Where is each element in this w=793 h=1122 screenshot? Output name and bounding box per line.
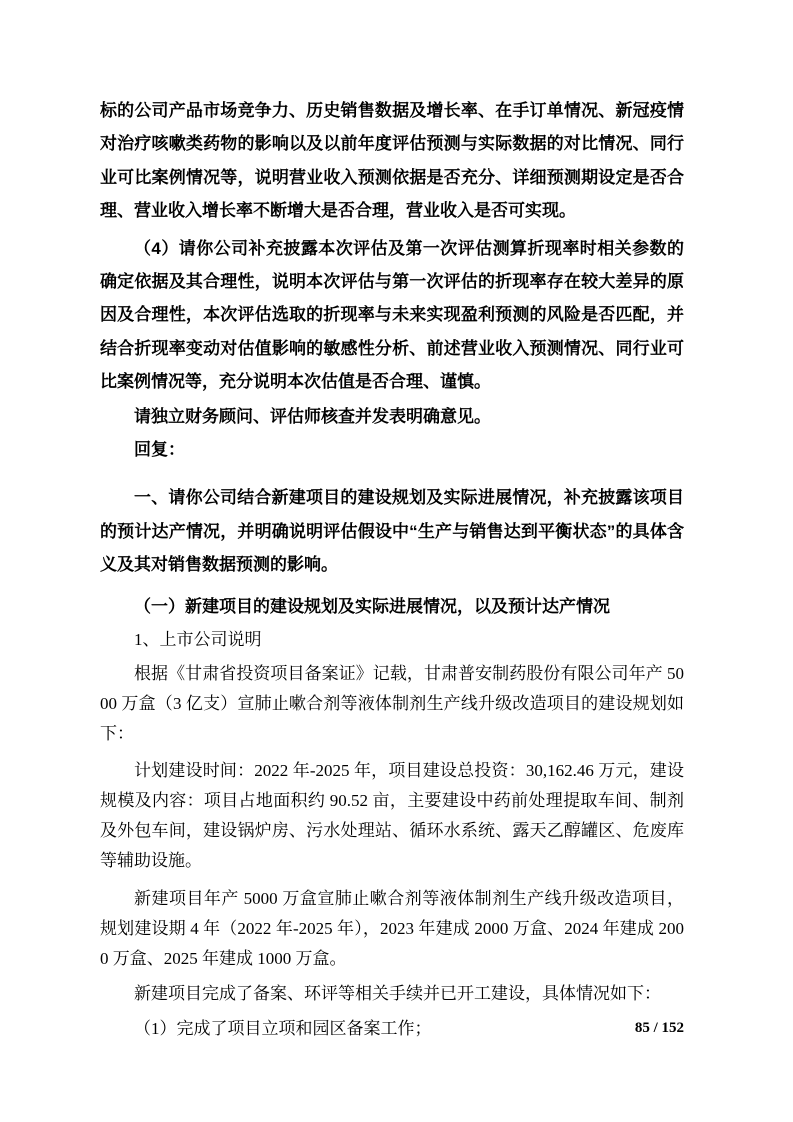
inquiry-instruction-paragraph: 请独立财务顾问、评估师核查并发表明确意见。 — [100, 400, 684, 433]
subsection-heading-1: （一）新建项目的建设规划及实际进展情况，以及预计达产情况 — [100, 590, 684, 623]
body-paragraph: 新建项目完成了备案、环评等相关手续并已开工建设，具体情况如下： — [100, 979, 684, 1009]
document-body: 标的公司产品市场竞争力、历史销售数据及增长率、在手订单情况、新冠疫情对治疗咳嗽类… — [100, 94, 684, 1044]
body-paragraph: 新建项目年产 5000 万盒宣肺止嗽合剂等液体制剂生产线升级改造项目，规划建设期… — [100, 884, 684, 974]
body-paragraph: 根据《甘肃省投资项目备案证》记载，甘肃普安制药股份有限公司年产 5000 万盒（… — [100, 659, 684, 749]
page-number: 85 / 152 — [100, 1020, 684, 1037]
section-heading-1: 一、请你公司结合新建项目的建设规划及实际进展情况，补充披露该项目的预计达产情况，… — [100, 481, 684, 581]
document-page: 标的公司产品市场竞争力、历史销售数据及增长率、在手订单情况、新冠疫情对治疗咳嗽类… — [0, 0, 793, 1122]
numbered-heading-1: 1、上市公司说明 — [100, 625, 684, 655]
inquiry-continuation-paragraph: 标的公司产品市场竞争力、历史销售数据及增长率、在手订单情况、新冠疫情对治疗咳嗽类… — [100, 94, 684, 228]
inquiry-item-4-paragraph: （4）请你公司补充披露本次评估及第一次评估测算折现率时相关参数的确定依据及其合理… — [100, 232, 684, 399]
body-paragraph: 计划建设时间：2022 年-2025 年，项目建设总投资：30,162.46 万… — [100, 756, 684, 876]
reply-label: 回复： — [100, 433, 684, 466]
